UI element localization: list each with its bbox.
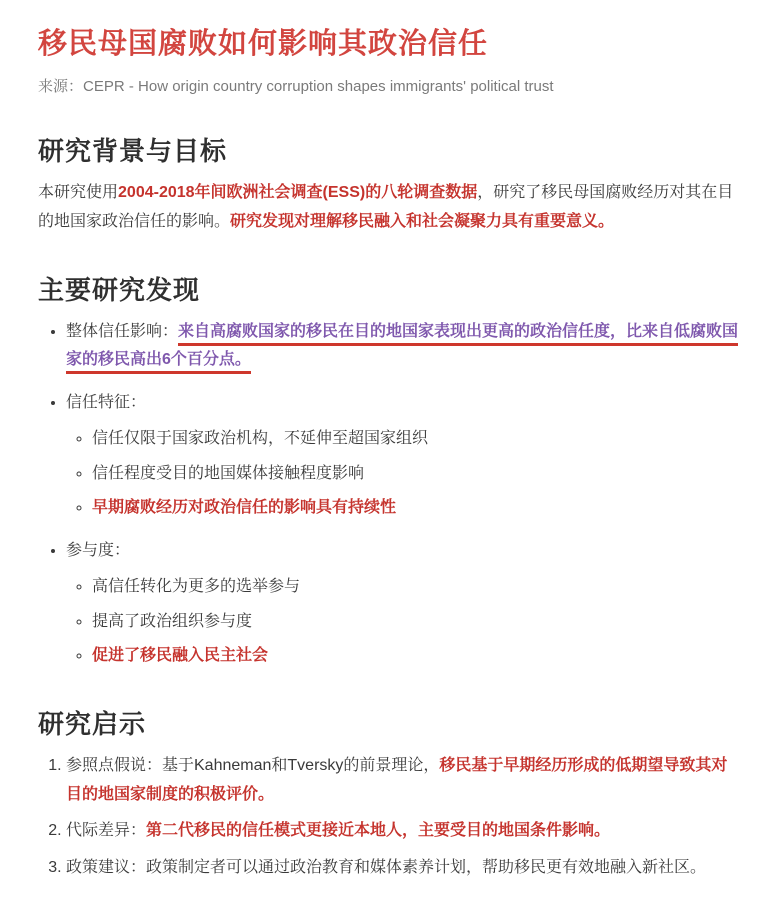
implication-2-normal: 代际差异： <box>66 822 146 839</box>
trust-traits-label: 信任特征： <box>66 394 146 411</box>
source-line: 来源：CEPR - How origin country corruption … <box>38 76 740 97</box>
list-item-generational: 代际差异：第二代移民的信任模式更接近本地人，主要受目的地国条件影响。 <box>66 817 740 845</box>
participation-sub-2: 提高了政治组织参与度 <box>92 613 252 630</box>
page-title: 移民母国腐败如何影响其政治信任 <box>38 26 740 62</box>
list-item: 提高了政治组织参与度 <box>92 608 740 636</box>
implication-3-normal: 政策建议：政策制定者可以通过政治教育和媒体素养计划，帮助移民更有效地融入新社区。 <box>66 859 706 876</box>
list-item-policy: 政策建议：政策制定者可以通过政治教育和媒体素养计划，帮助移民更有效地融入新社区。 <box>66 854 740 882</box>
trust-sub-1: 信任仅限于国家政治机构，不延伸至超国家组织 <box>92 430 428 447</box>
trust-traits-sublist: 信任仅限于国家政治机构，不延伸至超国家组织 信任程度受目的地国媒体接触程度影响 … <box>66 425 740 522</box>
participation-sub-1: 高信任转化为更多的选举参与 <box>92 578 300 595</box>
background-text-red-2: 研究发现对理解移民融入和社会凝聚力具有重要意义。 <box>230 213 614 230</box>
participation-sub-3-red: 促进了移民融入民主社会 <box>92 647 268 664</box>
trust-sub-3-red: 早期腐败经历对政治信任的影响具有持续性 <box>92 499 396 516</box>
implication-2-red: 第二代移民的信任模式更接近本地人，主要受目的地国条件影响。 <box>146 822 610 839</box>
list-item-participation: 参与度： 高信任转化为更多的选举参与 提高了政治组织参与度 促进了移民融入民主社… <box>66 537 740 671</box>
participation-sublist: 高信任转化为更多的选举参与 提高了政治组织参与度 促进了移民融入民主社会 <box>66 573 740 670</box>
participation-label: 参与度： <box>66 542 130 559</box>
list-item-trust-traits: 信任特征： 信任仅限于国家政治机构，不延伸至超国家组织 信任程度受目的地国媒体接… <box>66 389 740 523</box>
section-heading-implications: 研究启示 <box>38 708 740 742</box>
list-item: 信任程度受目的地国媒体接触程度影响 <box>92 460 740 488</box>
list-item-reference-point: 参照点假说：基于Kahneman和Tversky的前景理论，移民基于早期经历形成… <box>66 752 740 809</box>
list-item-overall-trust: 整体信任影响：来自高腐败国家的移民在目的地国家表现出更高的政治信任度，比来自低腐… <box>66 318 740 375</box>
list-item: 高信任转化为更多的选举参与 <box>92 573 740 601</box>
findings-list: 整体信任影响：来自高腐败国家的移民在目的地国家表现出更高的政治信任度，比来自低腐… <box>38 318 740 671</box>
list-item: 促进了移民融入民主社会 <box>92 642 740 670</box>
background-text-red-1: 2004-2018年间欧洲社会调查(ESS)的八轮调查数据 <box>118 184 477 201</box>
background-text-normal-1: 本研究使用 <box>38 184 118 201</box>
list-item: 早期腐败经历对政治信任的影响具有持续性 <box>92 494 740 522</box>
document: 移民母国腐败如何影响其政治信任 来源：CEPR - How origin cou… <box>0 0 766 902</box>
overall-trust-label: 整体信任影响： <box>66 323 178 340</box>
implication-1-normal: 参照点假说：基于Kahneman和Tversky的前景理论， <box>66 757 439 774</box>
list-item: 信任仅限于国家政治机构，不延伸至超国家组织 <box>92 425 740 453</box>
source-text: CEPR - How origin country corruption sha… <box>83 78 554 95</box>
section-heading-findings: 主要研究发现 <box>38 274 740 308</box>
implications-list: 参照点假说：基于Kahneman和Tversky的前景理论，移民基于早期经历形成… <box>38 752 740 882</box>
trust-sub-2: 信任程度受目的地国媒体接触程度影响 <box>92 465 364 482</box>
background-paragraph: 本研究使用2004-2018年间欧洲社会调查(ESS)的八轮调查数据，研究了移民… <box>38 179 740 236</box>
source-label: 来源： <box>38 78 83 95</box>
section-heading-background: 研究背景与目标 <box>38 135 740 169</box>
